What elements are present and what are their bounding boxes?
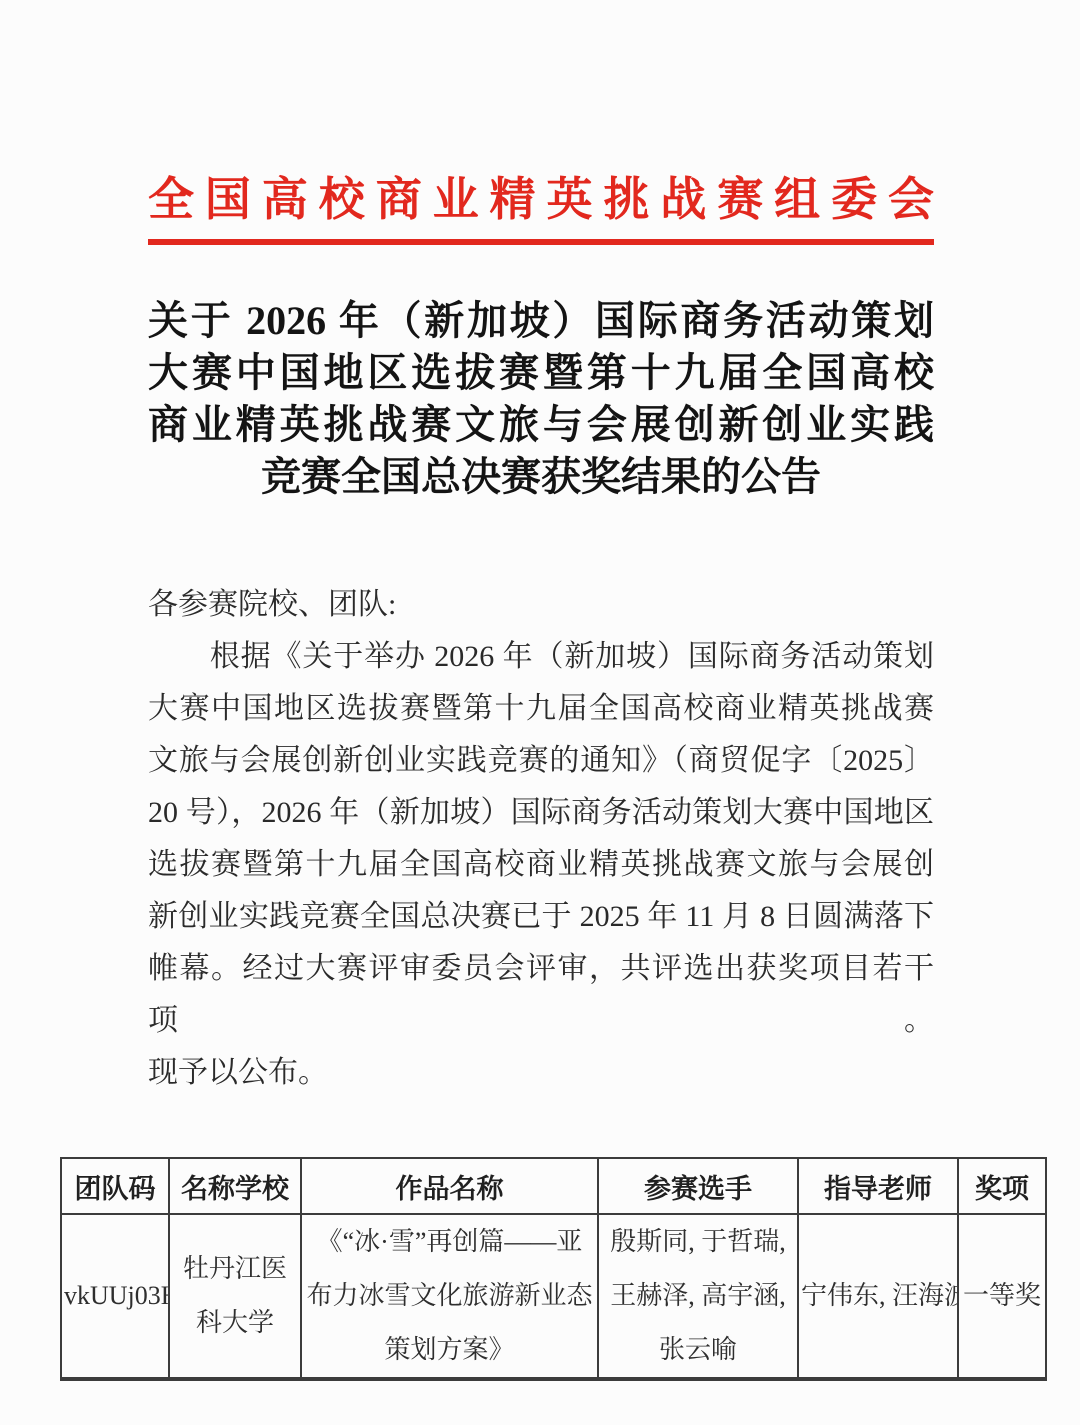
doc-title-line-3: 商业精英挑战赛文旅与会展创新创业实践 [148,399,934,451]
body-line: 文旅与会展创新创业实践竞赛的通知》（商贸促字〔2025〕 [148,735,934,787]
closing-line: 现予以公布。 [148,1047,934,1099]
col-header-school: 名称学校 [169,1158,301,1214]
doc-title-line-4: 竞赛全国总决赛获奖结果的公告 [148,451,934,503]
body-line: 帷幕。经过大赛评审委员会评审，共评选出获奖项目若干项。 [148,943,934,1047]
col-header-teachers: 指导老师 [798,1158,958,1214]
table-row: vkUUj03H 牡丹江医科大学 《“冰·雪”再创篇——亚布力冰雪文化旅游新业态… [61,1214,1046,1379]
body-line: 新创业实践竞赛全国总决赛已于 2025 年 11 月 8 日圆满落下 [148,891,934,943]
announcement-document: 全国高校商业精英挑战赛组委会 关于 2026 年（新加坡）国际商务活动策划 大赛… [0,0,1080,1381]
team-code-cell: vkUUj03H [61,1214,169,1379]
col-header-contestants: 参赛选手 [598,1158,798,1214]
doc-title-line-1: 关于 2026 年（新加坡）国际商务活动策划 [148,295,934,347]
red-divider-line [148,239,934,245]
salutation: 各参赛院校、团队: [148,579,934,631]
awards-table: 团队码 名称学校 作品名称 参赛选手 指导老师 奖项 vkUUj03H 牡丹江医… [60,1157,1047,1381]
teachers-cell: 宁伟东, 汪海波 [798,1214,958,1379]
org-title: 全国高校商业精英挑战赛组委会 [148,170,934,230]
col-header-work-title: 作品名称 [301,1158,598,1214]
awards-table-container: 团队码 名称学校 作品名称 参赛选手 指导老师 奖项 vkUUj03H 牡丹江医… [60,1157,1045,1381]
doc-title: 关于 2026 年（新加坡）国际商务活动策划 大赛中国地区选拔赛暨第十九届全国高… [148,295,934,503]
col-header-team-code: 团队码 [61,1158,169,1214]
body-text: 各参赛院校、团队: 根据《关于举办 2026 年（新加坡）国际商务活动策划 大赛… [148,579,934,1099]
doc-title-line-2: 大赛中国地区选拔赛暨第十九届全国高校 [148,347,934,399]
school-cell: 牡丹江医科大学 [169,1214,301,1379]
col-header-award: 奖项 [958,1158,1046,1214]
table-header-row: 团队码 名称学校 作品名称 参赛选手 指导老师 奖项 [61,1158,1046,1214]
body-line: 20 号），2026 年（新加坡）国际商务活动策划大赛中国地区 [148,787,934,839]
body-line: 根据《关于举办 2026 年（新加坡）国际商务活动策划 [148,631,934,683]
body-line: 大赛中国地区选拔赛暨第十九届全国高校商业精英挑战赛 [148,683,934,735]
contestants-cell: 殷斯同, 于哲瑞, 王赫泽, 高宇涵, 张云喻 [598,1214,798,1379]
work-title-cell: 《“冰·雪”再创篇——亚布力冰雪文化旅游新业态策划方案》 [301,1214,598,1379]
award-cell: 一等奖 [958,1214,1046,1379]
body-line: 选拔赛暨第十九届全国高校商业精英挑战赛文旅与会展创 [148,839,934,891]
